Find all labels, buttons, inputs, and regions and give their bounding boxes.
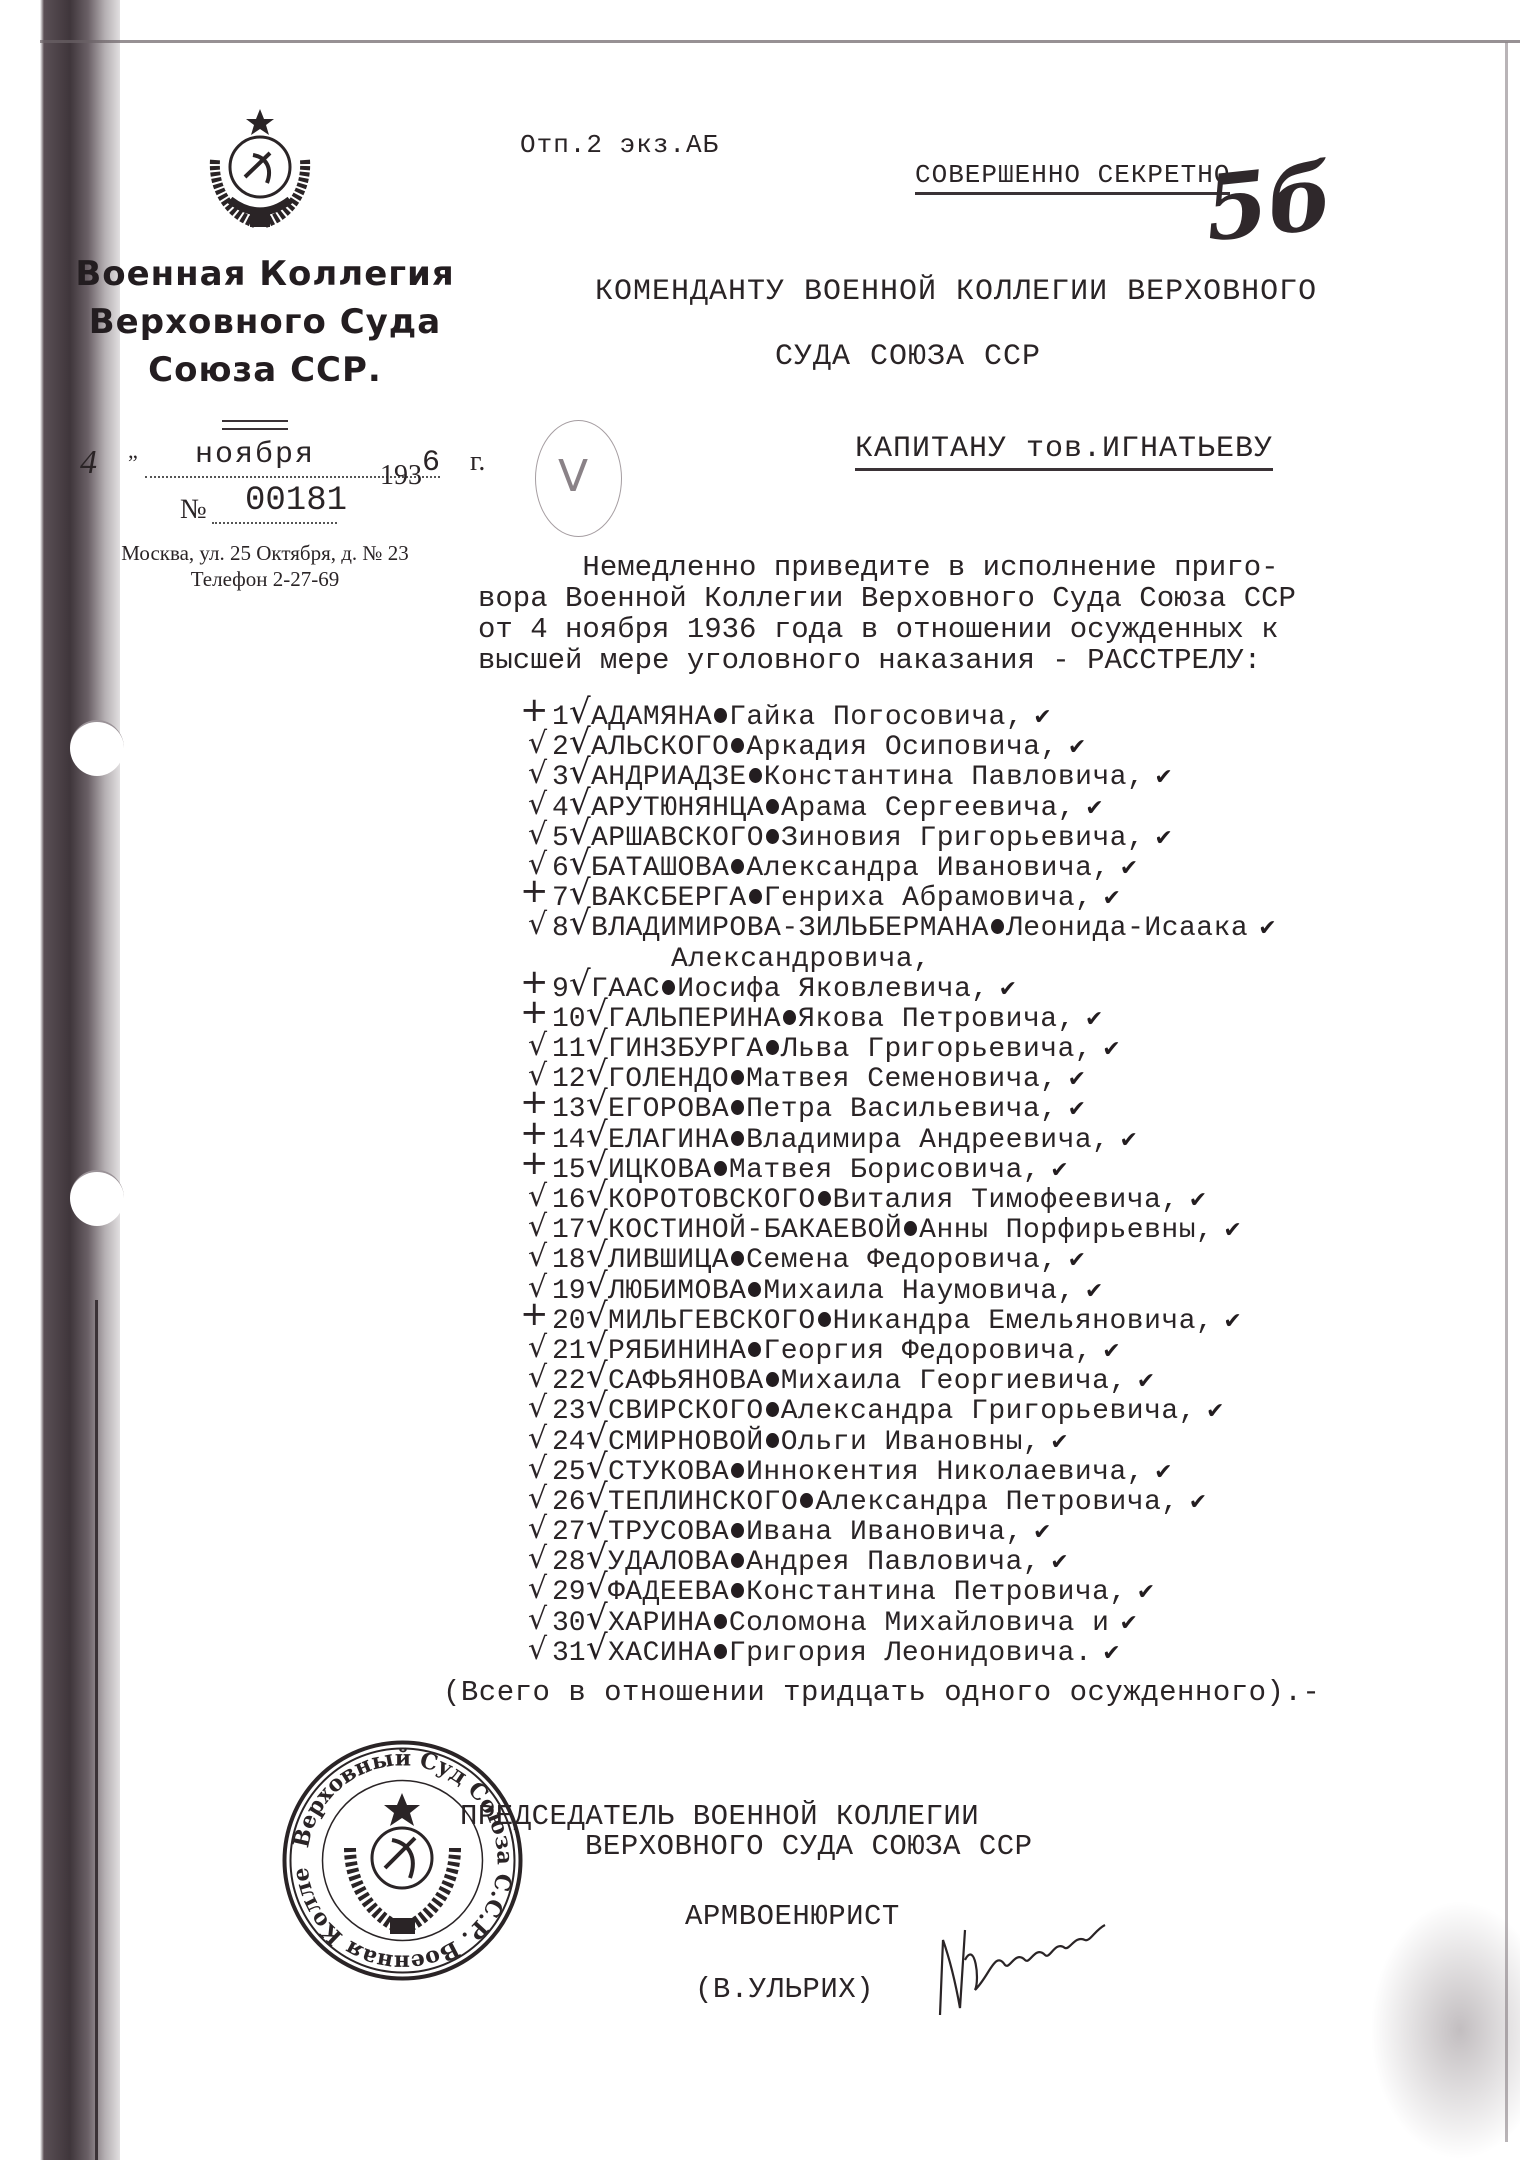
org-line-2: Верховного Суда — [55, 298, 475, 346]
ink-dot-icon — [731, 738, 744, 753]
tick-mark-icon: ✔ — [1189, 1188, 1208, 1213]
tick-mark-icon: ✔ — [1154, 765, 1173, 790]
ink-dot-icon — [731, 1583, 744, 1598]
list-item: +1√АДАМЯНАГайка Погосовича,✔ — [530, 703, 1430, 733]
given-names-continuation: Александровича, — [671, 945, 931, 975]
convicted-name: МИЛЬГЕВСКОГОНикандра Емельяновича,✔ — [608, 1307, 1242, 1337]
date-month: ноября — [195, 438, 315, 472]
item-number: 16 — [552, 1186, 586, 1216]
item-number: 22 — [552, 1367, 586, 1397]
ink-dot-icon — [800, 1493, 813, 1508]
ink-dot-icon — [783, 1010, 796, 1025]
ink-dot-icon — [731, 1553, 744, 1568]
check-mark-icon: √ — [528, 1182, 547, 1212]
signatory-rank: АРМВОЕНЮРИСТ — [685, 1900, 900, 1933]
ink-dot-icon — [749, 768, 762, 783]
surname: АНДРИАДЗЕ — [591, 762, 747, 793]
letterhead-address: Москва, ул. 25 Октября, д. № 23 Телефон … — [75, 540, 455, 592]
addressee-line-2: СУДА СОЮЗА ССР — [775, 340, 1041, 374]
given-names: Зиновия Григорьевича, — [781, 823, 1144, 854]
list-item: +14√ЕЛАГИНАВладимира Андреевича,✔ — [530, 1126, 1430, 1156]
surname: КОРОТОВСКОГО — [608, 1185, 816, 1216]
ink-dot-icon — [818, 1191, 831, 1206]
ink-dot-icon — [766, 1433, 779, 1448]
convicted-name: ФАДЕЕВАКонстантина Петровича,✔ — [608, 1578, 1156, 1608]
cross-mark-icon: + — [520, 997, 549, 1027]
check-mark-icon: √ — [528, 1574, 547, 1604]
convicted-name: ТЕПЛИНСКОГОАлександра Петровича,✔ — [608, 1488, 1208, 1518]
check-mark-icon: √ — [528, 1514, 547, 1544]
given-names: Аркадия Осиповича, — [746, 732, 1057, 763]
convicted-name: ГАЛЬПЕРИНАЯкова Петровича,✔ — [608, 1005, 1104, 1035]
surname: САФЬЯНОВА — [608, 1366, 764, 1397]
list-item: √4√АРУТЮНЯНЦААрама Сергеевича,✔ — [530, 794, 1430, 824]
surname: УДАЛОВА — [608, 1547, 729, 1578]
item-number: 14 — [552, 1126, 586, 1156]
tick-mark-icon: ✔ — [1120, 1611, 1139, 1636]
ink-dot-icon — [748, 1282, 761, 1297]
organization-name: Военная Коллегия Верховного Суда Союза С… — [55, 250, 475, 394]
order-text: Немедленно приведите в исполнение приго-… — [478, 552, 1438, 676]
date-year-abbr: г. — [470, 446, 485, 478]
surname: ТРУСОВА — [608, 1517, 729, 1548]
org-line-1: Военная Коллегия — [55, 250, 475, 298]
surname: ГИНЗБУРГА — [608, 1034, 764, 1065]
list-item: √30√ХАРИНАСоломона Михайловича и✔ — [530, 1609, 1430, 1639]
check-mark-icon: √ — [528, 790, 547, 820]
surname: СВИРСКОГО — [608, 1396, 764, 1427]
tick-mark-icon: ✔ — [1120, 856, 1139, 881]
tick-mark-icon: ✔ — [1033, 705, 1052, 730]
convicted-name: РЯБИНИНАГеоргия Федоровича,✔ — [608, 1337, 1121, 1367]
surname: КОСТИНОЙ-БАКАЕВОЙ — [608, 1215, 902, 1246]
classification-stamp: СОВЕРШЕННО СЕКРЕТНО — [915, 160, 1230, 195]
surname: РЯБИНИНА — [608, 1336, 746, 1367]
convicted-name: ХАСИНАГригория Леонидовича.✔ — [608, 1639, 1121, 1669]
ink-dot-icon — [731, 1251, 744, 1266]
cross-mark-icon: + — [520, 695, 549, 725]
tick-mark-icon: ✔ — [1206, 1399, 1225, 1424]
page-right-edge — [1505, 42, 1508, 2142]
surname: МИЛЬГЕВСКОГО — [608, 1306, 816, 1337]
punch-hole — [70, 1170, 124, 1226]
ink-dot-icon — [731, 1100, 744, 1115]
given-names: Константина Петровича, — [746, 1577, 1127, 1608]
given-names: Леонида-Исаака — [1006, 913, 1248, 944]
tick-mark-icon: ✔ — [1137, 1580, 1156, 1605]
tick-mark-icon: ✔ — [1137, 1369, 1156, 1394]
tick-mark-icon: ✔ — [1223, 1218, 1242, 1243]
given-names: Льва Григорьевича, — [781, 1034, 1092, 1065]
given-names: Александра Петровича, — [815, 1487, 1178, 1518]
given-names: Ивана Ивановича, — [746, 1517, 1023, 1548]
item-number: 19 — [552, 1277, 586, 1307]
convicted-name: СМИРНОВОЙОльги Ивановны,✔ — [608, 1428, 1069, 1458]
list-item: +15√ИЦКОВАМатвея Борисовича,✔ — [530, 1156, 1430, 1186]
item-number: 17 — [552, 1216, 586, 1246]
tick-mark-icon: ✔ — [1154, 826, 1173, 851]
given-names: Владимира Андреевича, — [746, 1125, 1109, 1156]
ink-dot-icon — [766, 1402, 779, 1417]
surname: АРУТЮНЯНЦА — [591, 793, 764, 824]
given-names: Виталия Тимофеевича, — [833, 1185, 1179, 1216]
ink-dot-icon — [731, 1523, 744, 1538]
list-item: +9√ГААСИосифа Яковлевича,✔ — [530, 975, 1430, 1005]
ink-dot-icon — [766, 1372, 779, 1387]
convicted-list: +1√АДАМЯНАГайка Погосовича,✔√2√АЛЬСКОГОА… — [530, 703, 1430, 1669]
given-names: Михаила Наумовича, — [763, 1276, 1074, 1307]
convicted-name: АРШАВСКОГОЗиновия Григорьевича,✔ — [591, 824, 1173, 854]
item-number: 21 — [552, 1337, 586, 1367]
item-number: 24 — [552, 1428, 586, 1458]
convicted-name: ЛЮБИМОВАМихаила Наумовича,✔ — [608, 1277, 1104, 1307]
cross-mark-icon: + — [520, 876, 549, 906]
surname: ТЕПЛИНСКОГО — [608, 1487, 798, 1518]
surname: ЕЛАГИНА — [608, 1125, 729, 1156]
check-mark-icon: √ — [528, 1212, 547, 1242]
list-item: +10√ГАЛЬПЕРИНАЯкова Петровича,✔ — [530, 1005, 1430, 1035]
ink-dot-icon — [714, 1161, 727, 1176]
item-number: 11 — [552, 1035, 586, 1065]
check-mark-icon: √ — [528, 1242, 547, 1272]
page-top-edge — [40, 40, 1520, 43]
convicted-name: ИЦКОВАМатвея Борисовича,✔ — [608, 1156, 1069, 1186]
list-item: √24√СМИРНОВОЙОльги Ивановны,✔ — [530, 1428, 1430, 1458]
surname: ИЦКОВА — [608, 1155, 712, 1186]
list-item: √31√ХАСИНАГригория Леонидовича.✔ — [530, 1639, 1430, 1669]
convicted-name: КОСТИНОЙ-БАКАЕВОЙАнны Порфирьевны,✔ — [608, 1216, 1242, 1246]
ink-dot-icon — [714, 708, 727, 723]
tick-mark-icon: ✔ — [1102, 1641, 1121, 1666]
convicted-name: СВИРСКОГОАлександра Григорьевича,✔ — [608, 1397, 1225, 1427]
ink-dot-icon — [766, 799, 779, 814]
ink-dot-icon — [731, 859, 744, 874]
given-names: Семена Федоровича, — [746, 1245, 1057, 1276]
given-names: Якова Петровича, — [798, 1004, 1075, 1035]
given-names: Александра Григорьевича, — [781, 1396, 1196, 1427]
given-names: Матвея Борисовича, — [729, 1155, 1040, 1186]
surname: ГОЛЕНДО — [608, 1064, 729, 1095]
tick-mark-icon: ✔ — [1102, 1339, 1121, 1364]
list-item: +7√ВАКСБЕРГАГенриха Абрамовича,✔ — [530, 884, 1430, 914]
given-names: Иннокентия Николаевича, — [746, 1457, 1144, 1488]
classification-underline — [915, 192, 1230, 195]
given-names: Петра Васильевича, — [746, 1094, 1057, 1125]
ink-dot-icon — [731, 1463, 744, 1478]
item-number: 27 — [552, 1518, 586, 1548]
list-item: √23√СВИРСКОГОАлександра Григорьевича,✔ — [530, 1397, 1430, 1427]
item-number: 5 — [552, 824, 569, 854]
given-names: Ольги Ивановны, — [781, 1427, 1041, 1458]
phone-line: Телефон 2-27-69 — [75, 566, 455, 592]
check-mark-icon: √ — [528, 1544, 547, 1574]
list-item: √8√ВЛАДИМИРОВА-ЗИЛЬБЕРМАНАЛеонида-Исаака… — [530, 914, 1430, 944]
scan-binding-line — [95, 1300, 98, 2160]
check-mark-icon: √ — [528, 1363, 547, 1393]
item-number: 30 — [552, 1609, 586, 1639]
given-names: Андрея Павловича, — [746, 1547, 1040, 1578]
convicted-name: АРУТЮНЯНЦААрама Сергеевича,✔ — [591, 794, 1104, 824]
surname: ЛЮБИМОВА — [608, 1276, 746, 1307]
number-value: 00181 — [245, 482, 347, 520]
item-number: 26 — [552, 1488, 586, 1518]
convicted-name: УДАЛОВААндрея Павловича,✔ — [608, 1548, 1069, 1578]
surname: СТУКОВА — [608, 1457, 729, 1488]
item-number: 1 — [552, 703, 569, 733]
ink-dot-icon — [748, 1342, 761, 1357]
copy-note: Отп.2 экз.АБ — [520, 130, 719, 160]
list-item: √19√ЛЮБИМОВАМихаила Наумовича,✔ — [530, 1277, 1430, 1307]
given-names: Арама Сергеевича, — [781, 793, 1075, 824]
item-number: 13 — [552, 1095, 586, 1125]
tick-mark-icon: ✔ — [1068, 735, 1087, 760]
date-quote: „ — [128, 438, 138, 464]
tick-mark-icon: ✔ — [1068, 1097, 1087, 1122]
handwritten-signature-icon — [935, 1920, 1115, 2020]
check-mark-icon: √ — [528, 729, 547, 759]
recipient-text: КАПИТАНУ тов.ИГНАТЬЕВУ — [855, 432, 1273, 466]
list-item: √11√ГИНЗБУРГАЛьва Григорьевича,✔ — [530, 1035, 1430, 1065]
item-number: 12 — [552, 1065, 586, 1095]
item-number: 31 — [552, 1639, 586, 1669]
list-item: √18√ЛИВШИЦАСемена Федоровича,✔ — [530, 1246, 1430, 1276]
item-number: 9 — [552, 975, 569, 1005]
tick-mark-icon: ✔ — [1102, 1037, 1121, 1062]
given-names: Георгия Федоровича, — [763, 1336, 1092, 1367]
letterhead-divider — [222, 420, 288, 430]
tick-mark-icon: ✔ — [1050, 1550, 1069, 1575]
official-seal-icon: Верховный Суд Союза С.С.Р. Военная Колле… — [280, 1738, 525, 1983]
given-names: Матвея Семеновича, — [746, 1064, 1057, 1095]
tick-mark-icon: ✔ — [1223, 1309, 1242, 1334]
tick-mark-icon: ✔ — [999, 977, 1018, 1002]
surname: ГАЛЬПЕРИНА — [608, 1004, 781, 1035]
surname: ВАКСБЕРГА — [591, 883, 747, 914]
ink-dot-icon — [714, 1614, 727, 1629]
document-number: № 00181 — [180, 488, 440, 528]
cross-mark-icon: + — [520, 1148, 549, 1178]
given-names: Генриха Абрамовича, — [764, 883, 1093, 914]
ink-dot-icon — [731, 1070, 744, 1085]
convicted-name: ЕЛАГИНАВладимира Андреевича,✔ — [608, 1126, 1138, 1156]
list-item: √27√ТРУСОВАИвана Ивановича,✔ — [530, 1518, 1430, 1548]
tick-mark-icon: ✔ — [1258, 916, 1277, 941]
surname: АДАМЯНА — [591, 702, 712, 733]
list-item: +20√МИЛЬГЕВСКОГОНикандра Емельяновича,✔ — [530, 1307, 1430, 1337]
check-mark-icon: √ — [528, 1484, 547, 1514]
item-number: 3 — [552, 763, 569, 793]
convicted-name: ВЛАДИМИРОВА-ЗИЛЬБЕРМАНАЛеонида-Исаака✔ — [591, 914, 1277, 944]
item-number: 6 — [552, 854, 569, 884]
ink-dot-icon — [766, 1040, 779, 1055]
check-mark-icon: √ — [528, 1031, 547, 1061]
ink-dot-icon — [749, 889, 762, 904]
tick-mark-icon: ✔ — [1103, 886, 1122, 911]
tick-mark-icon: ✔ — [1085, 1279, 1104, 1304]
check-mark-icon: √ — [528, 1393, 547, 1423]
list-item: √21√РЯБИНИНАГеоргия Федоровича,✔ — [530, 1337, 1430, 1367]
addressee-line-1: КОМЕНДАНТУ ВОЕННОЙ КОЛЛЕГИИ ВЕРХОВНОГО — [595, 275, 1317, 309]
surname: ФАДЕЕВА — [608, 1577, 729, 1608]
list-item: √29√ФАДЕЕВАКонстантина Петровича,✔ — [530, 1578, 1430, 1608]
list-item: √17√КОСТИНОЙ-БАКАЕВОЙАнны Порфирьевны,✔ — [530, 1216, 1430, 1246]
tick-mark-icon: ✔ — [1085, 796, 1104, 821]
check-mark-icon: √ — [528, 910, 547, 940]
list-item: √25√СТУКОВАИннокентия Николаевича,✔ — [530, 1458, 1430, 1488]
item-number: 10 — [552, 1005, 586, 1035]
check-mark-icon: √ — [586, 1633, 608, 1663]
tick-mark-icon: ✔ — [1050, 1430, 1069, 1455]
list-item: √22√САФЬЯНОВАМихаила Георгиевича,✔ — [530, 1367, 1430, 1397]
signatory-name: (В.УЛЬРИХ) — [695, 1973, 874, 2006]
surname: АЛЬСКОГО — [591, 732, 729, 763]
check-mark-icon: √ — [528, 1605, 547, 1635]
classification-text: СОВЕРШЕННО СЕКРЕТНО — [915, 160, 1230, 190]
check-mark-icon: √ — [528, 1424, 547, 1454]
recipient: КАПИТАНУ тов.ИГНАТЬЕВУ — [855, 432, 1273, 471]
surname: ВЛАДИМИРОВА-ЗИЛЬБЕРМАНА — [591, 913, 989, 944]
handwritten-number: 5б — [1200, 144, 1338, 263]
convicted-name: ГААСИосифа Яковлевича,✔ — [591, 975, 1018, 1005]
item-number: 8 — [552, 914, 569, 944]
convicted-name: ЛИВШИЦАСемена Федоровича,✔ — [608, 1246, 1087, 1276]
recipient-underline — [855, 468, 1273, 471]
given-names: Михаила Георгиевича, — [781, 1366, 1127, 1397]
surname: АРШАВСКОГО — [591, 823, 764, 854]
list-item: √5√АРШАВСКОГОЗиновия Григорьевича,✔ — [530, 824, 1430, 854]
ink-dot-icon — [731, 1131, 744, 1146]
tick-mark-icon: ✔ — [1154, 1460, 1173, 1485]
tick-mark-icon: ✔ — [1068, 1248, 1087, 1273]
list-item: √3√АНДРИАДЗЕКонстантина Павловича,✔ — [530, 763, 1430, 793]
date-year: 1936 — [380, 446, 440, 492]
tick-mark-icon: ✔ — [1068, 1067, 1087, 1092]
item-number: 20 — [552, 1307, 586, 1337]
check-mark-icon: √ — [528, 820, 547, 850]
list-item: √28√УДАЛОВААндрея Павловича,✔ — [530, 1548, 1430, 1578]
cross-mark-icon: + — [520, 1299, 549, 1329]
convicted-name: АЛЬСКОГОАркадия Осиповича,✔ — [591, 733, 1087, 763]
item-number: 2 — [552, 733, 569, 763]
tick-mark-icon: ✔ — [1085, 1007, 1104, 1032]
ink-dot-icon — [714, 1644, 727, 1659]
number-label: № — [180, 494, 207, 526]
item-number: 18 — [552, 1246, 586, 1276]
given-names: Никандра Емельяновича, — [833, 1306, 1214, 1337]
item-number: 25 — [552, 1458, 586, 1488]
tick-mark-icon: ✔ — [1189, 1490, 1208, 1515]
convicted-name: ЕГОРОВАПетра Васильевича,✔ — [608, 1095, 1087, 1125]
given-names: Григория Леонидовича. — [729, 1638, 1092, 1669]
check-mark-icon: √ — [528, 1333, 547, 1363]
date-day: 4 — [80, 444, 97, 482]
surname: ЕГОРОВА — [608, 1094, 729, 1125]
given-names: Гайка Погосовича, — [729, 702, 1023, 733]
signatory-title-2: ВЕРХОВНОГО СУДА СОЮЗА ССР — [585, 1830, 1033, 1863]
tick-mark-icon: ✔ — [1050, 1158, 1069, 1183]
item-number: 28 — [552, 1548, 586, 1578]
surname: БАТАШОВА — [591, 853, 729, 884]
org-line-3: Союза ССР. — [55, 346, 475, 394]
given-names: Константина Павловича, — [764, 762, 1145, 793]
item-number: 23 — [552, 1397, 586, 1427]
list-item: √6√БАТАШОВААлександра Ивановича,✔ — [530, 854, 1430, 884]
list-item-continuation: Александровича, — [530, 945, 1430, 975]
convicted-name: ВАКСБЕРГАГенриха Абрамовича,✔ — [591, 884, 1121, 914]
given-names: Анны Порфирьевны, — [919, 1215, 1213, 1246]
punch-hole — [70, 720, 124, 776]
year-prefix: 193 — [380, 460, 422, 491]
tick-mark-icon: ✔ — [1033, 1520, 1052, 1545]
handwritten-circle-mark: V — [535, 420, 622, 537]
handwritten-v-icon: V — [558, 451, 588, 502]
given-names: Александра Ивановича, — [746, 853, 1109, 884]
address-line: Москва, ул. 25 Октября, д. № 23 — [75, 540, 455, 566]
convicted-name: ГОЛЕНДОМатвея Семеновича,✔ — [608, 1065, 1087, 1095]
check-mark-icon: √ — [528, 1635, 547, 1665]
ink-dot-icon — [904, 1221, 917, 1236]
check-mark-icon: √ — [528, 1454, 547, 1484]
signatory-title-1: ПРЕДСЕДАТЕЛЬ ВОЕННОЙ КОЛЛЕГИИ — [460, 1800, 979, 1833]
item-number: 29 — [552, 1578, 586, 1608]
surname: ХАСИНА — [608, 1638, 712, 1669]
item-number: 7 — [552, 884, 569, 914]
list-item: √12√ГОЛЕНДОМатвея Семеновича,✔ — [530, 1065, 1430, 1095]
convicted-name: СТУКОВАИннокентия Николаевича,✔ — [608, 1458, 1173, 1488]
convicted-name: ХАРИНАСоломона Михайловича и✔ — [608, 1609, 1138, 1639]
item-number: 15 — [552, 1156, 586, 1186]
list-item: √16√КОРОТОВСКОГОВиталия Тимофеевича,✔ — [530, 1186, 1430, 1216]
convicted-name: БАТАШОВААлександра Ивановича,✔ — [591, 854, 1139, 884]
item-number: 4 — [552, 794, 569, 824]
ink-dot-icon — [766, 829, 779, 844]
scan-smudge — [1370, 1900, 1520, 2160]
given-names: Иосифа Яковлевича, — [677, 974, 988, 1005]
surname: СМИРНОВОЙ — [608, 1427, 764, 1458]
ink-dot-icon — [818, 1312, 831, 1327]
total-count: (Всего в отношении тридцать одного осужд… — [443, 1676, 1320, 1709]
check-mark-icon: √ — [528, 759, 547, 789]
ink-dot-icon — [662, 980, 675, 995]
convicted-name: КОРОТОВСКОГОВиталия Тимофеевича,✔ — [608, 1186, 1208, 1216]
convicted-name: АДАМЯНАГайка Погосовича,✔ — [591, 703, 1052, 733]
convicted-name: ТРУСОВАИвана Ивановича,✔ — [608, 1518, 1052, 1548]
number-dotted-line — [212, 522, 337, 524]
document-date: 4 „ ноября 1936 г. — [80, 438, 480, 488]
convicted-name: САФЬЯНОВАМихаила Георгиевича,✔ — [608, 1367, 1156, 1397]
tick-mark-icon: ✔ — [1119, 1128, 1138, 1153]
check-mark-icon: √ — [569, 908, 591, 938]
year-suffix: 6 — [422, 446, 440, 480]
list-item: +13√ЕГОРОВАПетра Васильевича,✔ — [530, 1095, 1430, 1125]
list-item: √2√АЛЬСКОГОАркадия Осиповича,✔ — [530, 733, 1430, 763]
convicted-name: ГИНЗБУРГАЛьва Григорьевича,✔ — [608, 1035, 1121, 1065]
surname: ХАРИНА — [608, 1608, 712, 1639]
ink-dot-icon — [991, 919, 1004, 934]
given-names: Соломона Михайловича и — [729, 1608, 1110, 1639]
surname: ЛИВШИЦА — [608, 1245, 729, 1276]
ussr-coat-of-arms-icon — [195, 105, 325, 235]
convicted-name: АНДРИАДЗЕКонстантина Павловича,✔ — [591, 763, 1173, 793]
list-item: √26√ТЕПЛИНСКОГОАлександра Петровича,✔ — [530, 1488, 1430, 1518]
